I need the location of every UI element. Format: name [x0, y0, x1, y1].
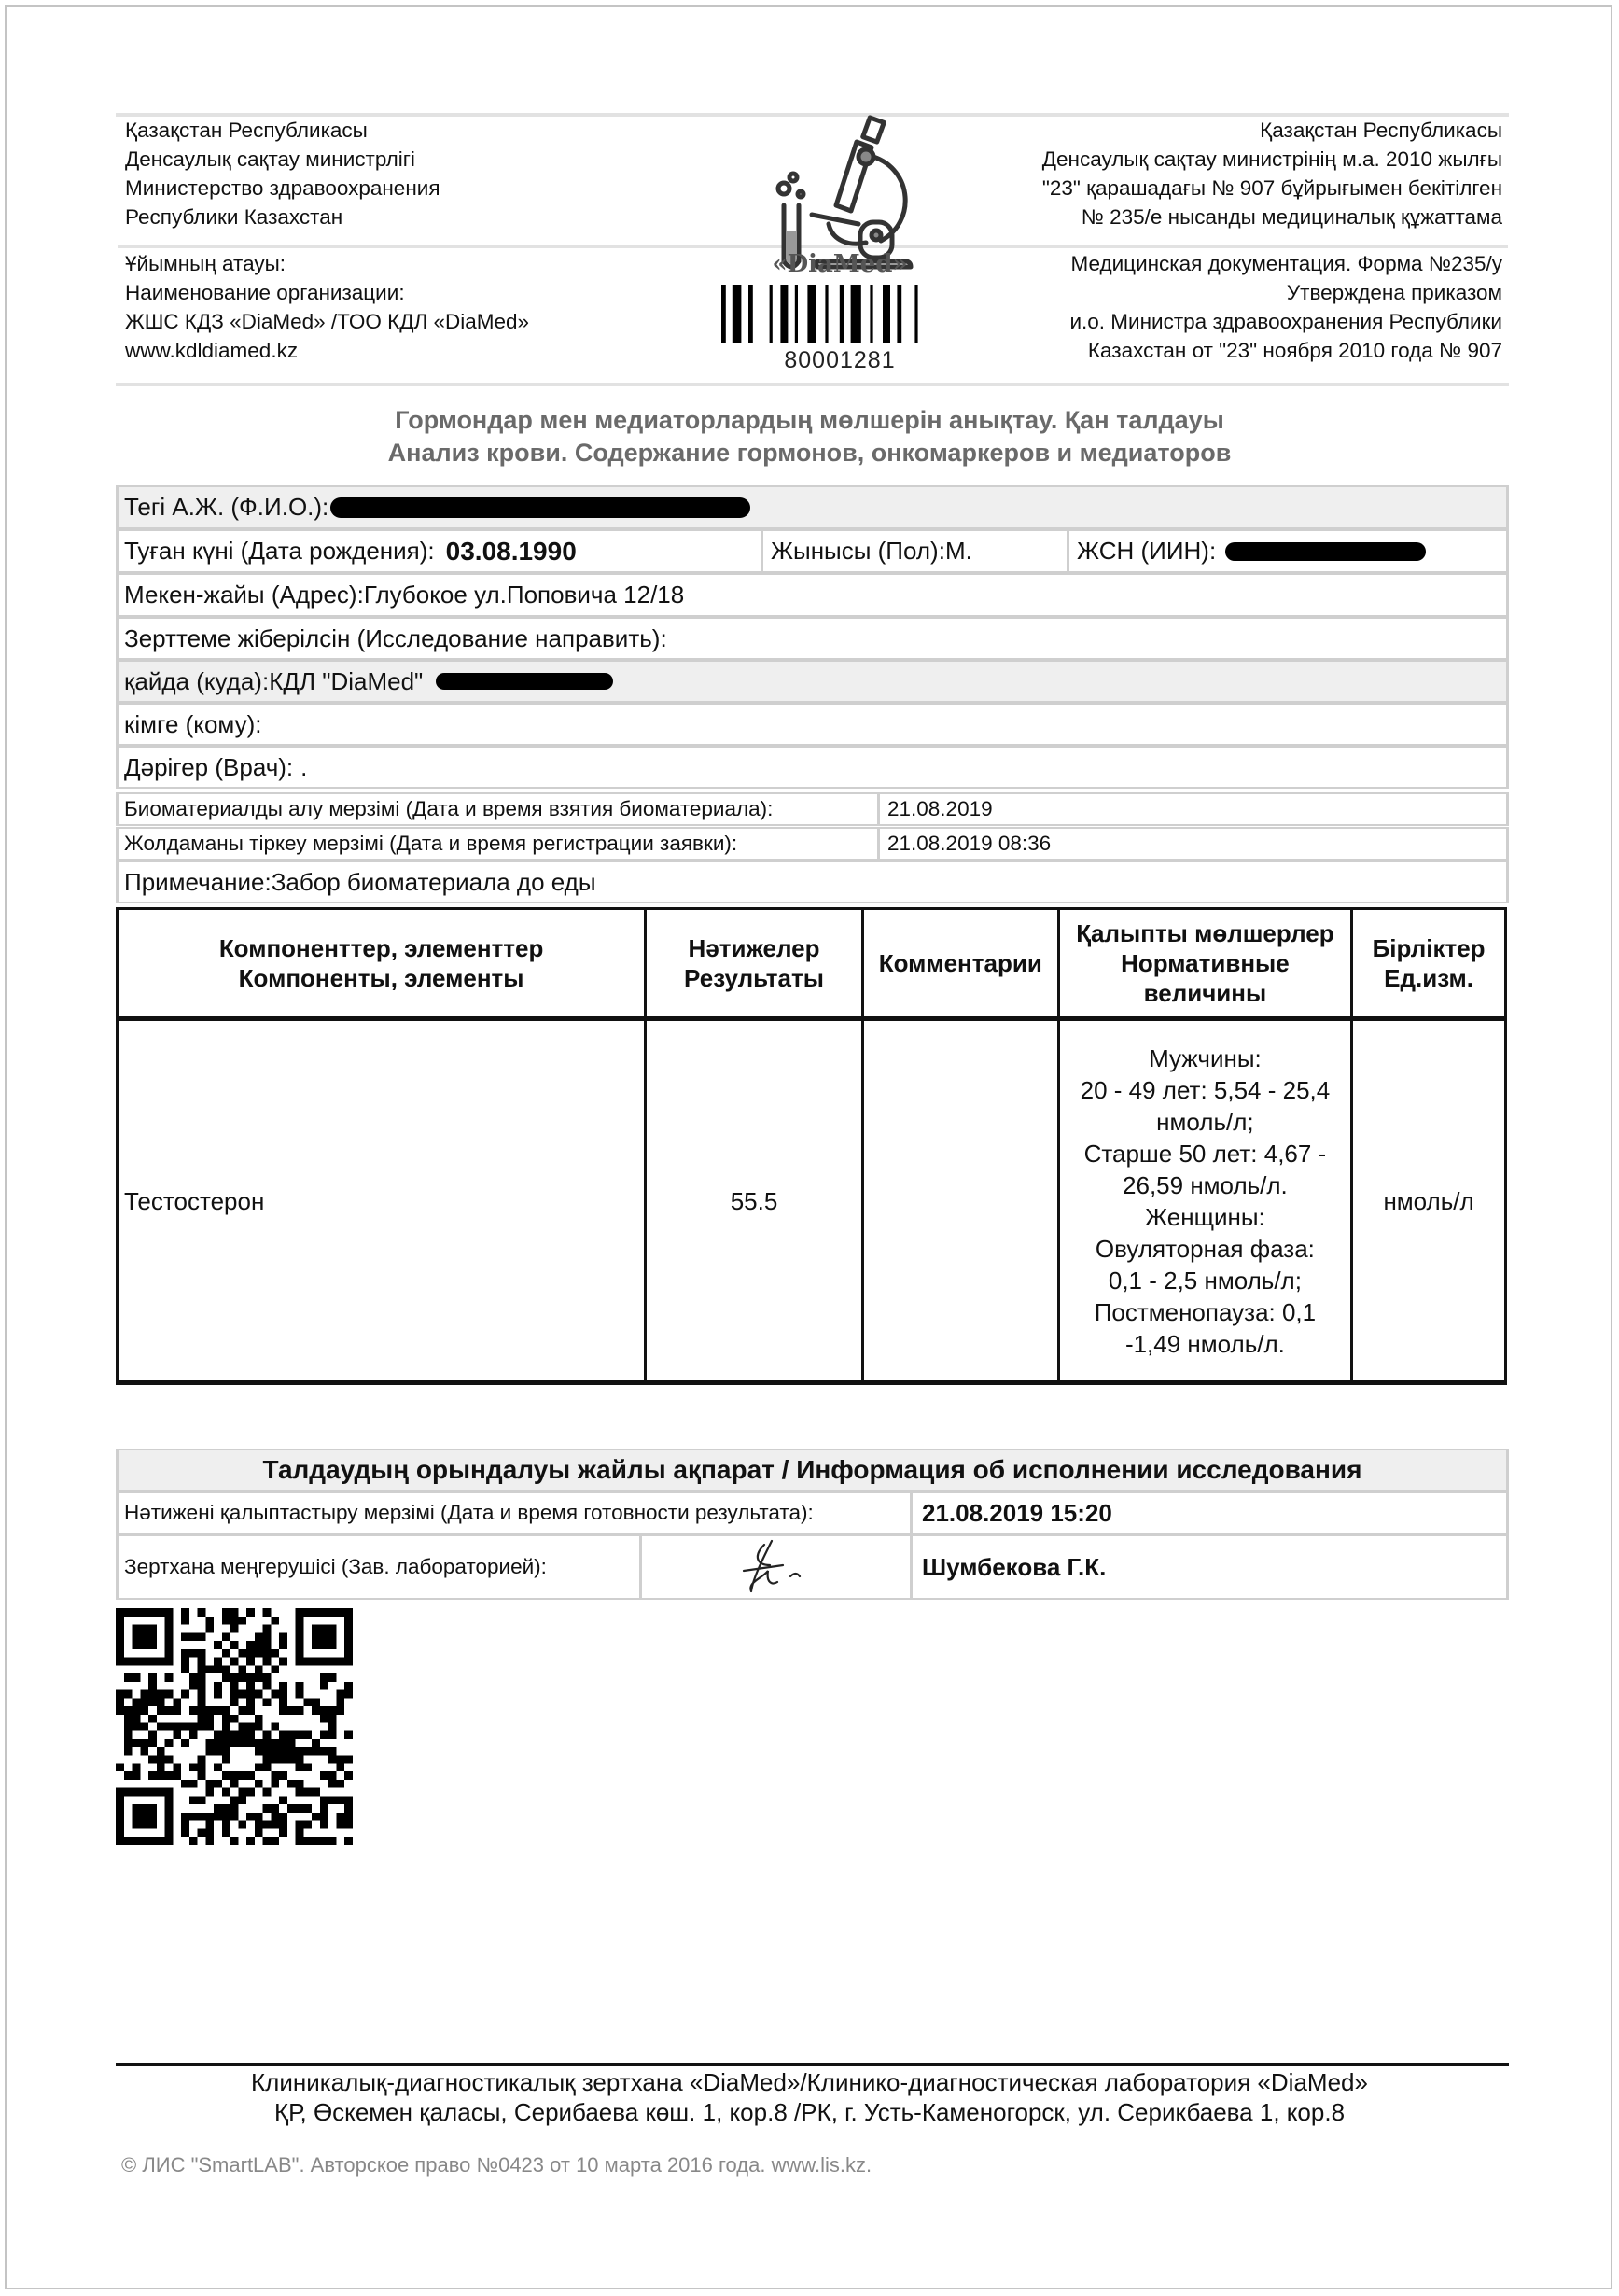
result-unit: нмоль/л	[1352, 1019, 1506, 1383]
ready-date-row: Нәтижені қалыптастыру мерзімі (Дата и вр…	[116, 1491, 1509, 1534]
sex-value: М.	[945, 537, 972, 566]
sample-date-row: Биоматериалды алу мерзімі (Дата и время …	[116, 792, 1509, 826]
results-table: Компоненттер, элементтерКомпоненты, элем…	[116, 907, 1507, 1385]
sample-date-label: Биоматериалды алу мерзімі (Дата и время …	[119, 794, 877, 824]
col-norms: Қалыпты мөлшерлерНормативныевеличины	[1058, 909, 1351, 1019]
barcode-number: 80001281	[709, 347, 970, 374]
qr-code	[116, 1607, 353, 1846]
result-value: 55.5	[646, 1019, 863, 1383]
execution-title: Талдаудың орындалуы жайлы ақпарат / Инфо…	[116, 1449, 1509, 1491]
where-label: қайда (куда):	[124, 667, 269, 696]
patient-address-row: Мекен-жайы (Адрес):Глубокое ул.Поповича …	[116, 573, 1509, 617]
note-row: Примечание:Забор биоматериала до еды	[116, 861, 1509, 903]
patient-birth-row: Туған күні (Дата рождения): 03.08.1990 Ж…	[116, 529, 1509, 573]
ready-date-label: Нәтижені қалыптастыру мерзімі (Дата и вр…	[119, 1493, 910, 1533]
doctor-label: Дәрігер (Врач):	[124, 753, 293, 782]
iin-redacted	[1225, 542, 1426, 561]
col-units: БірліктерЕд.изм.	[1352, 909, 1506, 1019]
address-label: Мекен-жайы (Адрес):	[124, 581, 364, 609]
ready-date-value: 21.08.2019 15:20	[910, 1493, 1506, 1533]
registration-date-row: Жолдаманы тіркеу мерзімі (Дата и время р…	[116, 827, 1509, 861]
birth-date-label: Туған күні (Дата рождения):	[124, 537, 435, 566]
lab-head-name: Шумбекова Г.К.	[910, 1536, 1506, 1598]
where-value: КДЛ "DiaMed"	[269, 667, 423, 696]
header-order-kz: Қазақстан Республикасы Денсаулық сақтау …	[1042, 116, 1502, 231]
col-results: НәтижелерРезультаты	[646, 909, 863, 1019]
results-header-row: Компоненттер, элементтерКомпоненты, элем…	[118, 909, 1506, 1019]
signature-icon	[725, 1537, 828, 1597]
iin-label: ЖСН (ИИН):	[1077, 537, 1216, 566]
doctor-row: Дәрігер (Врач): .	[116, 746, 1509, 789]
title-ru: Анализ крови. Содержание гормонов, онком…	[0, 439, 1619, 468]
note-label: Примечание:	[124, 868, 272, 897]
organization-website: www.kdldiamed.kz	[125, 336, 529, 365]
barcode	[721, 285, 950, 343]
footer-divider	[116, 2063, 1509, 2066]
referral-whom-row: кімге (кому):	[116, 703, 1509, 746]
signature	[639, 1536, 910, 1598]
patient-name-redacted	[330, 497, 750, 518]
footer-copyright: © ЛИС "SmartLAB". Авторское право №0423 …	[121, 2153, 872, 2177]
header-organization: Ұйымның атауы: Наименование организации:…	[125, 249, 529, 365]
lab-head-row: Зертхана меңгерушісі (Зав. лабораторией)…	[116, 1534, 1509, 1600]
footer-lab-address: ҚР, Өскемен қаласы, Серибаева көш. 1, ко…	[0, 2098, 1619, 2127]
referral-label: Зерттеме жіберілсін (Исследование направ…	[124, 624, 667, 653]
where-redacted	[436, 673, 613, 690]
registration-date-value: 21.08.2019 08:36	[877, 829, 1506, 859]
col-components: Компоненттер, элементтерКомпоненты, элем…	[118, 909, 646, 1019]
address-value: Глубокое ул.Поповича 12/18	[364, 581, 684, 609]
registration-date-label: Жолдаманы тіркеу мерзімі (Дата и время р…	[119, 829, 877, 859]
note-value: Забор биоматериала до еды	[272, 868, 596, 897]
referral-where-row: қайда (куда):КДЛ "DiaMed"	[116, 660, 1509, 703]
result-comment	[862, 1019, 1058, 1383]
patient-name-label: Тегі А.Ж. (Ф.И.О.):	[124, 493, 328, 522]
sample-date-value: 21.08.2019	[877, 794, 1506, 824]
lab-head-label: Зертхана меңгерушісі (Зав. лабораторией)…	[119, 1536, 639, 1598]
reference-range: Мужчины: 20 - 49 лет: 5,54 - 25,4 нмоль/…	[1058, 1019, 1351, 1383]
referral-row: Зерттеме жіберілсін (Исследование направ…	[116, 617, 1509, 660]
col-comments: Комментарии	[862, 909, 1058, 1019]
logo-text: «DiaMed»	[709, 250, 970, 278]
header-order-ru: Медицинская документация. Форма №235/у У…	[1069, 249, 1502, 365]
header-divider-bottom	[116, 383, 1509, 386]
component-name: Тестостерон	[118, 1019, 646, 1383]
title-kz: Гормондар мен медиаторлардың мөлшерін ан…	[0, 406, 1619, 435]
table-row: Тестостерон 55.5 Мужчины: 20 - 49 лет: 5…	[118, 1019, 1506, 1383]
whom-label: кімге (кому):	[124, 710, 261, 739]
header-ministry-left: Қазақстан Республикасы Денсаулық сақтау …	[125, 116, 440, 231]
sex-label: Жынысы (Пол):	[771, 537, 945, 566]
patient-name-row: Тегі А.Ж. (Ф.И.О.):	[116, 485, 1509, 529]
footer-lab-name: Клиникалық-диагностикалық зертхана «DiaM…	[0, 2068, 1619, 2097]
doctor-value: .	[300, 753, 307, 782]
birth-date-value: 03.08.1990	[446, 537, 577, 567]
